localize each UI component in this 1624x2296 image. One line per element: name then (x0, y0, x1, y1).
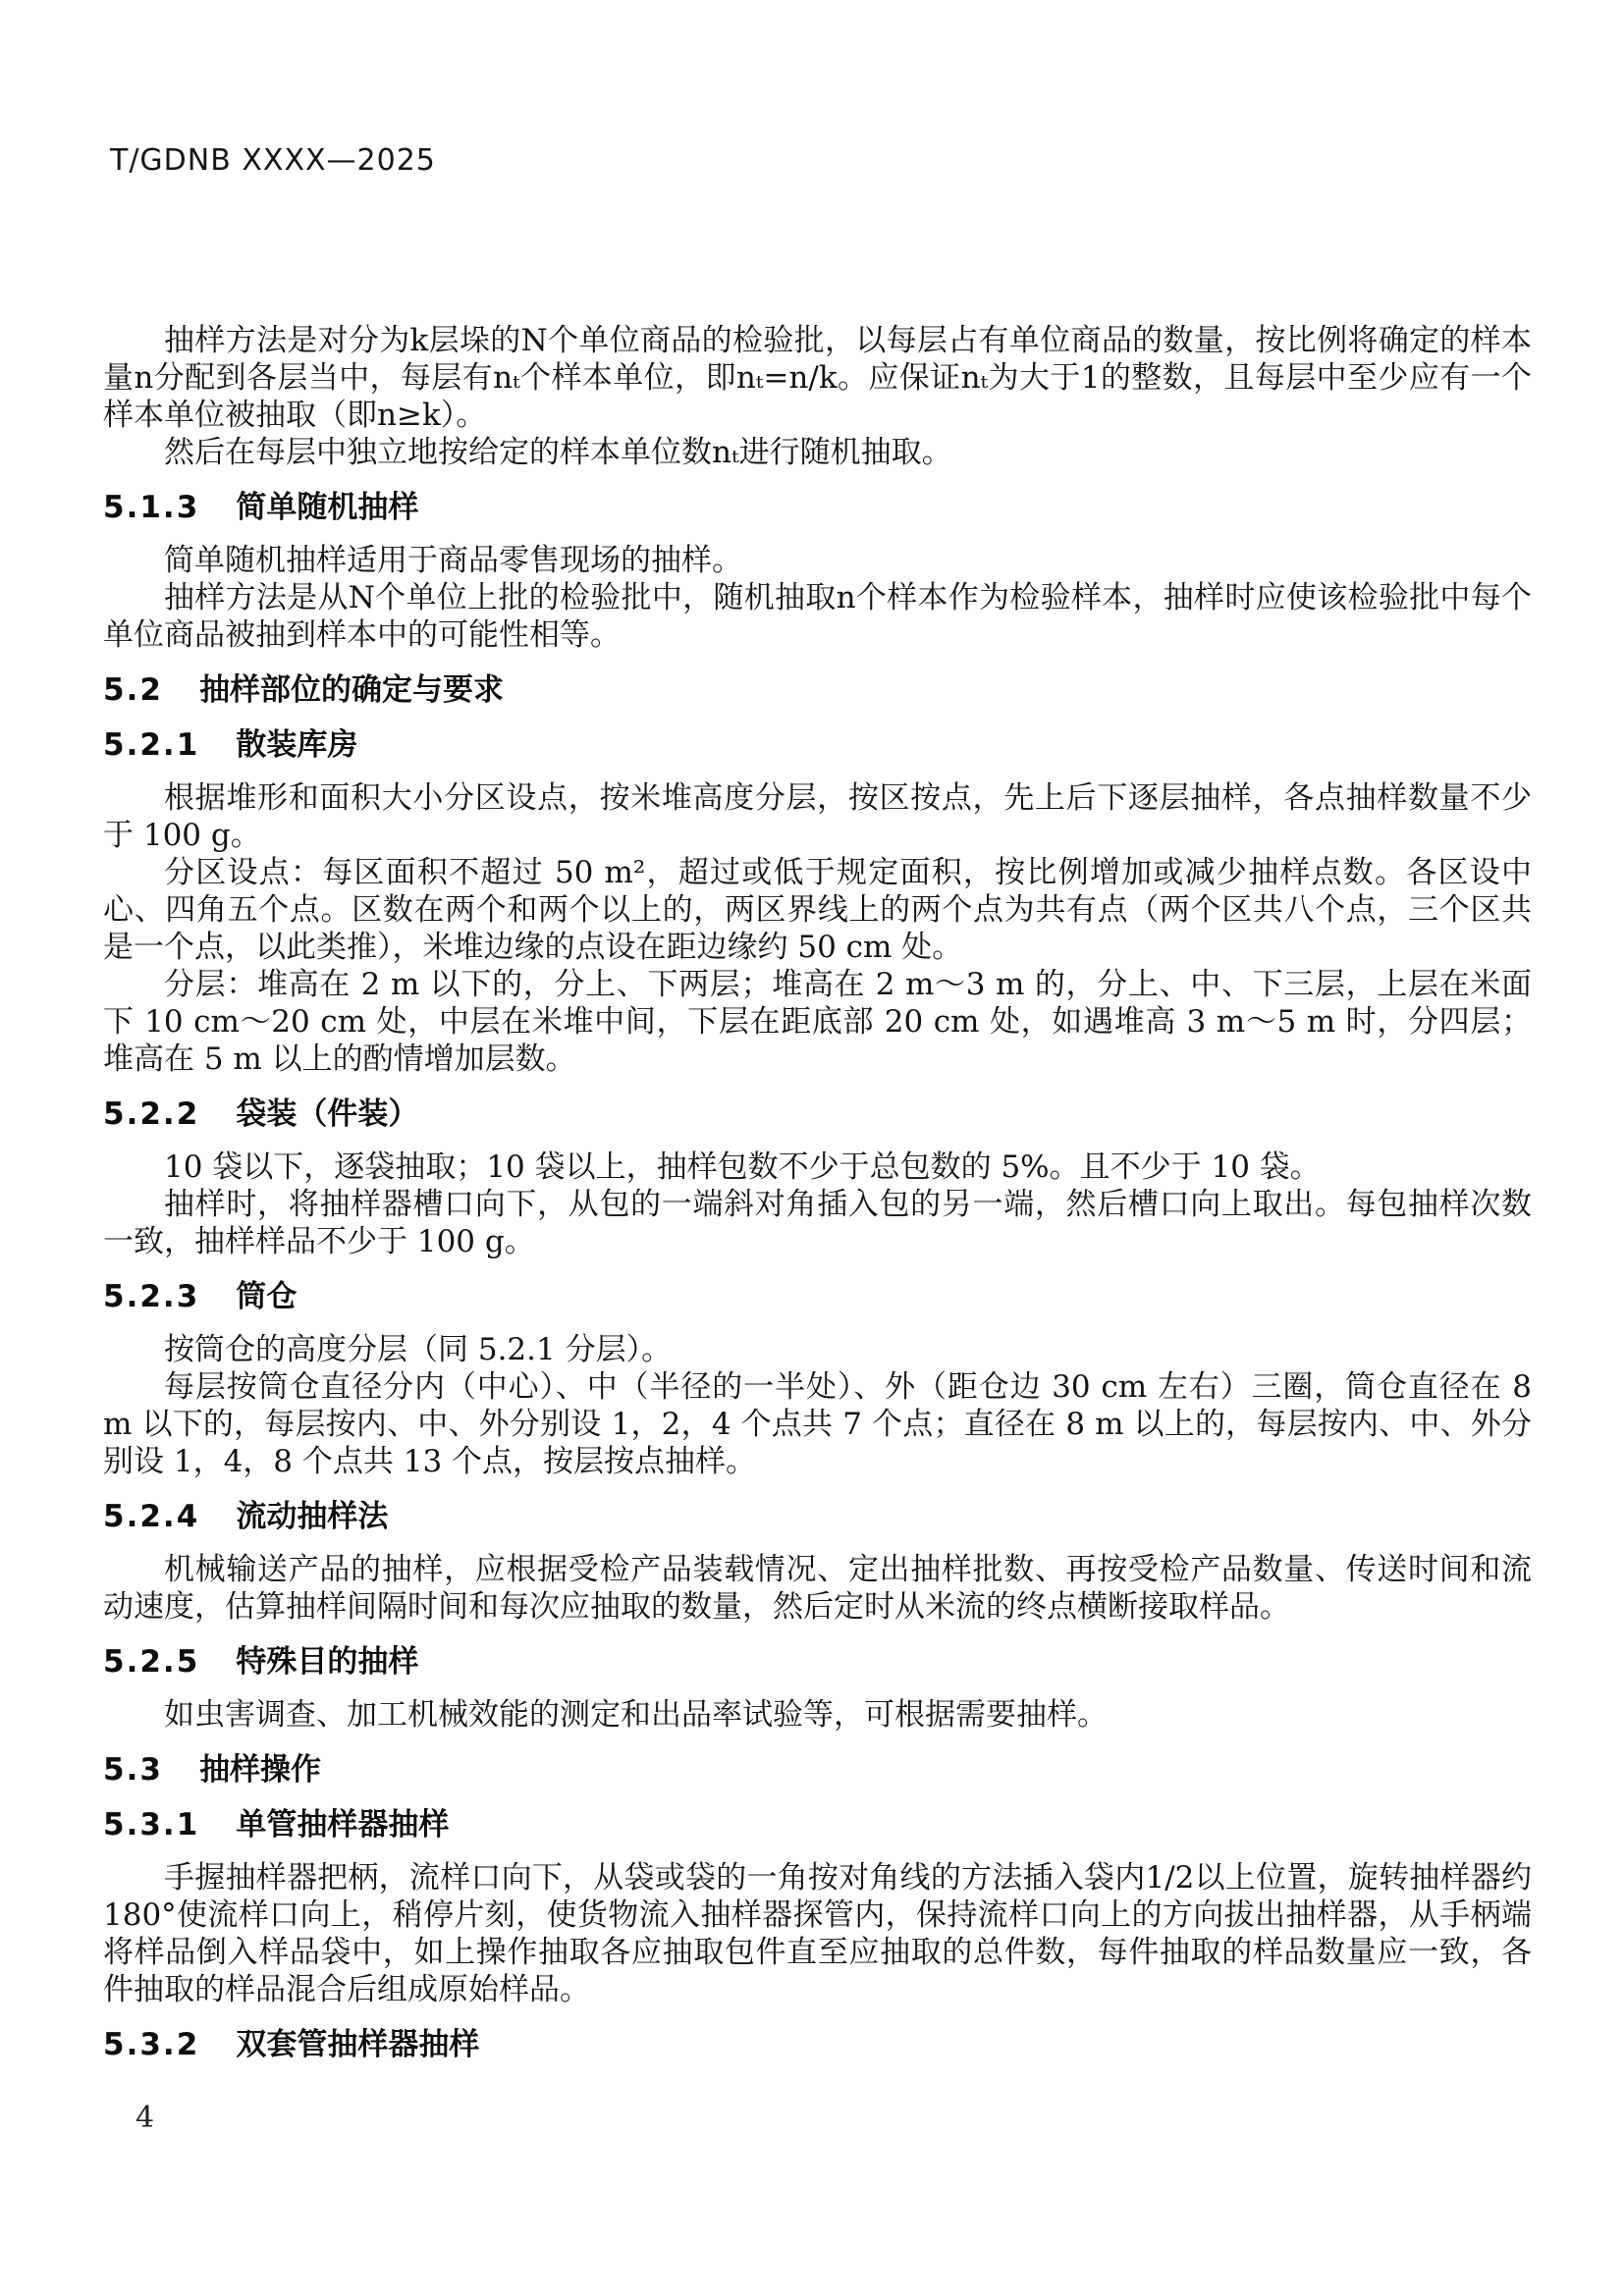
heading-title: 袋装（件装） (236, 1096, 418, 1132)
heading-5-2-2: 5.2.2 袋装（件装） (103, 1095, 1532, 1133)
heading-number: 5.2.3 (103, 1278, 199, 1315)
heading-5-3-2: 5.3.2 双套管抽样器抽样 (103, 2026, 1532, 2063)
para-single-tube-sampler: 手握抽样器把柄，流样口向下，从袋或袋的一角按对角线的方法插入袋内1/2以上位置，… (103, 1859, 1532, 2008)
heading-number: 5.2.4 (103, 1498, 199, 1535)
heading-number: 5.2.5 (103, 1643, 199, 1681)
para-bagged-count-rule: 10 袋以下，逐袋抽取；10 袋以上，抽样包数不少于总包数的 5%。且不少于 1… (103, 1148, 1532, 1186)
document-page: T/GDNB XXXX—2025 抽样方法是对分为k层垛的N个单位商品的检验批，… (0, 0, 1624, 2296)
heading-5-3-1: 5.3.1 单管抽样器抽样 (103, 1806, 1532, 1843)
heading-5-2-3: 5.2.3 筒仓 (103, 1278, 1532, 1315)
heading-title: 抽样部位的确定与要求 (199, 672, 504, 708)
para-simple-random-scope: 简单随机抽样适用于商品零售现场的抽样。 (103, 542, 1532, 579)
heading-5-2: 5.2 抽样部位的确定与要求 (103, 671, 1532, 709)
para-stratified-random-pick: 然后在每层中独立地按给定的样本单位数nₜ进行随机抽取。 (103, 434, 1532, 471)
para-silo-layers: 按筒仓的高度分层（同 5.2.1 分层）。 (103, 1331, 1532, 1368)
page-number: 4 (135, 2101, 154, 2135)
para-simple-random-method: 抽样方法是从N个单位上批的检验批中，随机抽取n个样本作为检验样本，抽样时应使该检… (103, 579, 1532, 654)
heading-title: 单管抽样器抽样 (236, 1807, 449, 1842)
heading-5-2-5: 5.2.5 特殊目的抽样 (103, 1643, 1532, 1681)
para-bulk-warehouse-general: 根据堆形和面积大小分区设点，按米堆高度分层，按区按点，先上后下逐层抽样，各点抽样… (103, 779, 1532, 854)
para-bagged-sampler-usage: 抽样时，将抽样器槽口向下，从包的一端斜对角插入包的另一端，然后槽口向上取出。每包… (103, 1186, 1532, 1260)
heading-title: 散装库房 (236, 727, 357, 763)
doc-code: T/GDNB XXXX—2025 (110, 143, 436, 178)
heading-number: 5.2 (103, 671, 163, 709)
para-flow-sampling: 机械输送产品的抽样，应根据受检产品装载情况、定出抽样批数、再按受检产品数量、传送… (103, 1551, 1532, 1626)
heading-5-2-1: 5.2.1 散装库房 (103, 726, 1532, 764)
heading-5-1-3: 5.1.3 简单随机抽样 (103, 489, 1532, 526)
para-special-purpose: 如虫害调查、加工机械效能的测定和出品率试验等，可根据需要抽样。 (103, 1696, 1532, 1734)
heading-number: 5.3.1 (103, 1806, 199, 1843)
para-bulk-warehouse-zones: 分区设点：每区面积不超过 50 m²，超过或低于规定面积，按比例增加或减少抽样点… (103, 854, 1532, 966)
heading-number: 5.2.1 (103, 726, 199, 764)
heading-title: 简单随机抽样 (236, 490, 418, 525)
para-silo-rings-points: 每层按筒仓直径分内（中心）、中（半径的一半处）、外（距仓边 30 cm 左右）三… (103, 1368, 1532, 1480)
heading-title: 双套管抽样器抽样 (236, 2027, 479, 2062)
heading-title: 筒仓 (236, 1279, 297, 1314)
document-body: 抽样方法是对分为k层垛的N个单位商品的检验批，以每层占有单位商品的数量，按比例将… (103, 322, 1532, 2079)
heading-title: 流动抽样法 (236, 1499, 388, 1534)
heading-title: 抽样操作 (199, 1752, 321, 1788)
heading-number: 5.3 (103, 1751, 163, 1789)
heading-title: 特殊目的抽样 (236, 1644, 418, 1680)
para-bulk-warehouse-layers: 分层：堆高在 2 m 以下的，分上、下两层；堆高在 2 m～3 m 的，分上、中… (103, 966, 1532, 1078)
para-stratified-method: 抽样方法是对分为k层垛的N个单位商品的检验批，以每层占有单位商品的数量，按比例将… (103, 322, 1532, 434)
heading-5-2-4: 5.2.4 流动抽样法 (103, 1498, 1532, 1535)
heading-number: 5.2.2 (103, 1095, 199, 1133)
heading-number: 5.1.3 (103, 489, 199, 526)
heading-5-3: 5.3 抽样操作 (103, 1751, 1532, 1789)
heading-number: 5.3.2 (103, 2026, 199, 2063)
